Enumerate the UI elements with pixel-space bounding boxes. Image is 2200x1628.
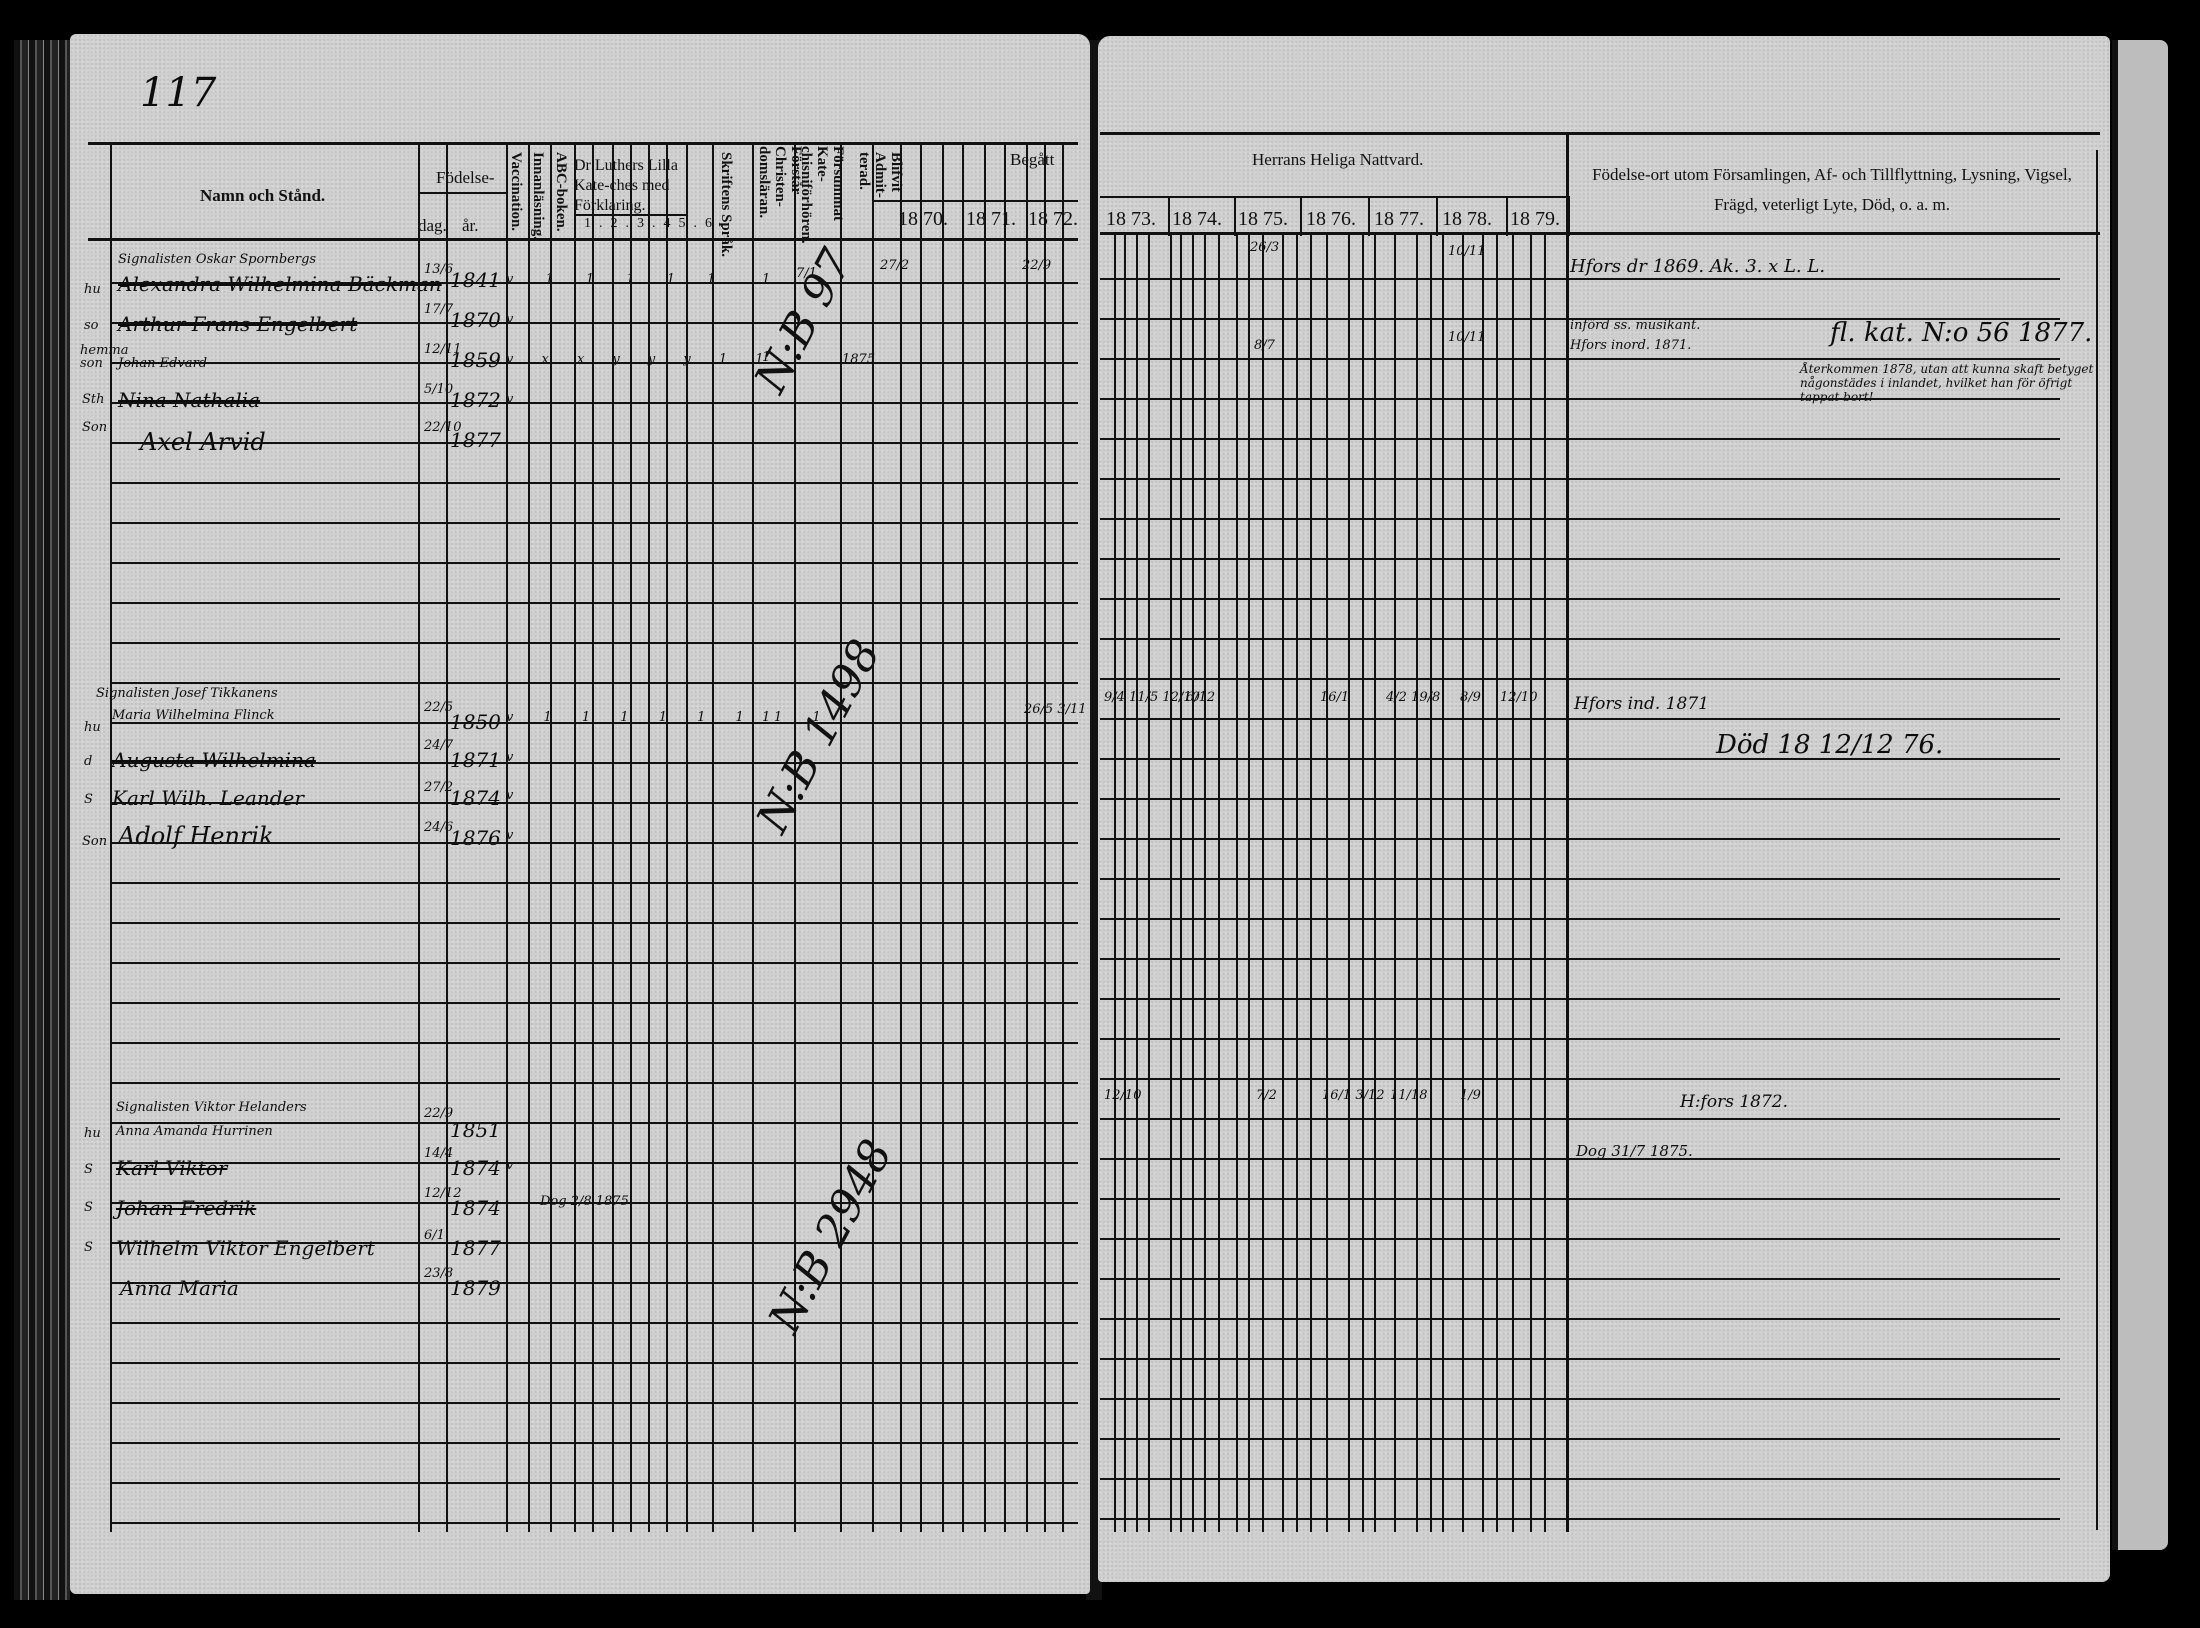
remark-f1-1: Hfors dr 1869. Ak. 3. x L. L. <box>1570 256 1825 277</box>
rule-line <box>1326 232 1328 1532</box>
rule-line <box>550 142 552 1532</box>
remark-f1-4: fl. kat. N:o 56 1877. <box>1830 318 2092 348</box>
rule-line <box>446 142 448 1532</box>
part-2: 2. <box>611 216 638 231</box>
f1-1875: 26/3 <box>1250 240 1279 255</box>
remark-f1-2: införd ss. musikant. <box>1570 318 1700 333</box>
header-birth-day: dag. <box>418 216 447 236</box>
rule-line <box>1100 1278 2060 1280</box>
f1m1-day: 13/6 <box>424 262 453 277</box>
f1m4-year: 1872 <box>450 388 501 412</box>
rule-line <box>110 402 1078 404</box>
header-communion: Herrans Heliga Nattvard. <box>1252 150 1423 170</box>
f1m3-marks: v x x y y y 1 1 <box>506 352 776 367</box>
rule-line <box>1100 1438 2060 1440</box>
f2m3-year: 1874 <box>450 786 501 810</box>
rule-line <box>1530 232 1532 1532</box>
header-birth: Födelse- <box>436 168 495 188</box>
f2m4-day: 24/6 <box>424 820 453 835</box>
rule-line <box>1044 142 1046 1532</box>
f1-struck-note: 1875 <box>842 352 875 367</box>
book-binding <box>14 40 70 1600</box>
rule-line <box>1100 196 1570 198</box>
rule-line <box>1192 232 1194 1532</box>
remark-f2-2: Död 18 12/12 76. <box>1716 730 1943 760</box>
rule-line <box>900 142 902 1532</box>
rule-line <box>1436 196 1438 236</box>
f2m3-day: 27/2 <box>424 780 453 795</box>
page-number: 117 <box>140 70 216 116</box>
part-5: 5. <box>679 216 706 231</box>
rule-line <box>1100 1238 2060 1240</box>
rule-line <box>942 142 944 1532</box>
f1-1875-b: 8/7 <box>1254 338 1275 353</box>
rule-line <box>1026 142 1028 1532</box>
remark-f1-3: Hfors inord. 1871. <box>1570 338 1691 353</box>
family2-head: Signalisten Josef Tikkanens <box>96 686 278 701</box>
rule-line <box>574 142 576 1532</box>
rule-line <box>962 142 964 1532</box>
rule-line <box>1100 878 2060 880</box>
rule-line <box>1218 232 1220 1532</box>
rule-line <box>1100 358 2060 360</box>
rule-line <box>110 882 1078 884</box>
rule-line <box>1442 232 1444 1532</box>
f2m2-year: 1871 <box>450 748 501 772</box>
rule-line <box>110 282 1078 284</box>
rule-line <box>1100 1398 2060 1400</box>
f3-1875: 7/2 <box>1256 1088 1277 1103</box>
rule-line <box>1482 232 1484 1532</box>
rule-line <box>110 482 1078 484</box>
rule-line <box>1100 232 2100 235</box>
margin-mark: hu <box>84 282 101 297</box>
rule-line <box>1100 1518 2060 1520</box>
rule-line <box>1100 1078 2060 1080</box>
rule-line <box>1100 478 2060 480</box>
rule-line <box>920 142 922 1532</box>
rule-line <box>1204 232 1206 1532</box>
margin-mark: S <box>84 1240 93 1255</box>
remark-f2-1: Hfors ind. 1871 <box>1574 694 1709 714</box>
rule-line <box>712 142 714 1532</box>
rule-line <box>110 722 1078 724</box>
rule-line <box>1394 232 1396 1532</box>
header-admitterad: Blifvit Admit-terad. <box>856 152 904 222</box>
family2-member2: Augusta Wilhelmina <box>112 748 316 772</box>
f3m2-year: 1874 <box>450 1156 501 1180</box>
rule-line <box>1168 196 1170 236</box>
rule-line <box>1496 232 1498 1532</box>
rule-line <box>872 200 1078 202</box>
f3m1-day: 22/9 <box>424 1106 453 1121</box>
rule-line <box>1100 678 2060 680</box>
rule-line <box>1100 1478 2060 1480</box>
header-year-1875: 18 75. <box>1238 208 1288 231</box>
f1-1878: 10/11 <box>1448 244 1485 259</box>
rule-line <box>110 682 1078 684</box>
rule-line <box>1100 1038 2060 1040</box>
rule-line <box>110 142 112 1532</box>
rule-line <box>1100 278 2060 280</box>
rule-line <box>1234 196 1236 236</box>
page-edge-stack <box>2112 40 2168 1550</box>
rule-line <box>984 142 986 1532</box>
rule-line <box>1100 1358 2060 1360</box>
family3-head: Signalisten Viktor Helanders <box>116 1100 307 1115</box>
rule-line <box>574 214 686 216</box>
rule-line <box>752 142 754 1532</box>
rule-line <box>840 142 842 1532</box>
header-year-1870: 18 70. <box>898 208 948 231</box>
header-forsummat: Försummat Kate-chisniförhören. <box>798 146 846 246</box>
rule-line <box>110 1042 1078 1044</box>
margin-mark: Sth <box>82 392 105 407</box>
header-year-1876: 18 76. <box>1306 208 1356 231</box>
header-year-1878: 18 78. <box>1442 208 1492 231</box>
family3-member5: Anna Maria <box>120 1276 239 1300</box>
rule-line <box>110 522 1078 524</box>
rule-line <box>1100 1158 2060 1160</box>
rule-line <box>1100 1318 2060 1320</box>
header-innanlasning: Innanläsning. <box>530 152 546 240</box>
rule-line <box>1416 232 1418 1532</box>
f3m5-year: 1879 <box>450 1276 501 1300</box>
rule-line <box>1236 232 1238 1532</box>
rule-line <box>1100 638 2060 640</box>
rule-line <box>1512 232 1514 1532</box>
rule-line <box>110 1122 1078 1124</box>
remark-f3-1: H:fors 1872. <box>1680 1092 1788 1112</box>
f3m2-day: 14/4 <box>424 1146 453 1161</box>
rule-line <box>1100 998 2060 1000</box>
rule-line <box>110 1282 1078 1284</box>
rule-line <box>1430 232 1432 1532</box>
rule-line <box>1100 318 2060 320</box>
rule-line <box>1100 758 2060 760</box>
rule-line <box>794 142 796 1532</box>
f1m1-forstar: 1 <box>762 272 770 287</box>
rule-line <box>110 1202 1078 1204</box>
header-year-1879: 18 79. <box>1510 208 1560 231</box>
rule-line <box>110 922 1078 924</box>
rule-line <box>1100 518 2060 520</box>
rule-line <box>1114 232 1116 1532</box>
header-remarks: Födelse-ort utom Församlingen, Af- och T… <box>1572 160 2092 220</box>
rule-line <box>1180 232 1182 1532</box>
rule-line <box>1170 232 1172 1532</box>
header-year-1872: 18 72. <box>1028 208 1078 231</box>
rule-line <box>1100 718 2060 720</box>
rule-line <box>110 1362 1078 1364</box>
f1m2-year: 1870 <box>450 308 501 332</box>
f1-1870: 27/2 <box>880 258 909 273</box>
rule-line <box>110 1482 1078 1484</box>
rule-line <box>1100 558 2060 560</box>
header-forstar: Förstår Christen-domsläran. <box>756 146 804 246</box>
rule-line <box>1100 398 2060 400</box>
rule-line <box>2096 150 2098 1530</box>
rule-line <box>110 1322 1078 1324</box>
rule-line <box>1124 232 1126 1532</box>
rule-line <box>1248 232 1250 1532</box>
f3m4-year: 1877 <box>450 1236 501 1260</box>
rule-line <box>1544 232 1546 1532</box>
rule-line <box>418 192 506 194</box>
margin-mark: hu <box>84 720 101 735</box>
family2-member1: Maria Wilhelmina Flinck <box>112 708 275 723</box>
family3-member3: Johan Fredrik <box>116 1196 256 1220</box>
header-luther-parts: 1.2.3.45.6. <box>584 216 732 232</box>
rule-line <box>1362 232 1364 1532</box>
rule-line <box>110 1402 1078 1404</box>
rule-line <box>592 142 594 1532</box>
rule-line <box>1296 232 1298 1532</box>
rule-line <box>1100 1118 2060 1120</box>
rule-line <box>630 142 632 1532</box>
family1-head: Signalisten Oskar Spornbergs <box>118 252 316 267</box>
rule-line <box>1100 132 2100 135</box>
rule-line <box>110 562 1078 564</box>
family1-member2: Arthur Frans Engelbert <box>118 312 357 336</box>
rule-line <box>1100 598 2060 600</box>
margin-mark: Son <box>82 834 107 849</box>
f1m1-year: 1841 <box>450 268 501 292</box>
rule-line <box>110 1522 1078 1524</box>
family1-member4: Nina Nathalia <box>118 388 260 412</box>
rule-line <box>1300 196 1302 236</box>
header-year-1877: 18 77. <box>1374 208 1424 231</box>
f2-1874: 6/12 <box>1186 690 1215 705</box>
rule-line <box>110 1242 1078 1244</box>
f2m1-day: 22/5 <box>424 700 453 715</box>
rule-line <box>110 362 1078 364</box>
margin-mark: hemma son <box>80 344 110 370</box>
f2m2-day: 24/7 <box>424 738 453 753</box>
rule-line <box>648 142 650 1532</box>
family3-member2: Karl Viktor <box>116 1156 227 1180</box>
rule-line <box>1100 798 2060 800</box>
f3m3-year: 1874 <box>450 1196 501 1220</box>
rule-line <box>110 842 1078 844</box>
header-begatt: Begått <box>1010 150 1054 170</box>
rule-line <box>1100 1198 2060 1200</box>
rule-line <box>528 142 530 1532</box>
rule-line <box>1100 438 2060 440</box>
family3-member1: Anna Amanda Hurrinen <box>116 1124 273 1139</box>
rule-line <box>110 642 1078 644</box>
rule-line <box>1100 958 2060 960</box>
f1-1878-b: 10/11 <box>1448 330 1485 345</box>
rule-line <box>872 142 874 1532</box>
header-abc: ABC-boken. <box>553 152 569 232</box>
header-birth-year: år. <box>462 216 479 236</box>
rule-line <box>506 142 508 1532</box>
f3m5-day: 23/8 <box>424 1266 453 1281</box>
rule-line <box>1100 838 2060 840</box>
family1-member1: Alexandra Wilhelmina Bäckman <box>118 272 442 296</box>
rule-line <box>88 238 1078 241</box>
rule-line <box>1136 232 1138 1532</box>
rule-line <box>418 142 420 1532</box>
rule-line <box>1374 232 1376 1532</box>
rule-line <box>666 142 668 1532</box>
rule-line <box>110 962 1078 964</box>
rule-line <box>1100 918 2060 920</box>
f2m4-year: 1876 <box>450 826 501 850</box>
rule-line <box>110 602 1078 604</box>
f3m4-day: 6/1 <box>424 1228 445 1243</box>
rule-line <box>110 1002 1078 1004</box>
part-3: 3. <box>637 216 664 231</box>
header-vaccination: Vaccination. <box>508 152 524 231</box>
f2-1872: 26/5 3/11 <box>1024 702 1087 717</box>
rule-line <box>1148 232 1150 1532</box>
rule-line <box>1310 232 1312 1532</box>
rule-line <box>1348 232 1350 1532</box>
margin-mark: S <box>84 1162 93 1177</box>
rule-line <box>110 322 1078 324</box>
rule-line <box>1282 232 1284 1532</box>
rule-line <box>1262 232 1264 1532</box>
rule-line <box>110 1162 1078 1164</box>
rule-line <box>1062 142 1064 1532</box>
header-year-1874: 18 74. <box>1172 208 1222 231</box>
rule-line <box>612 142 614 1532</box>
rule-line <box>1566 132 1569 1532</box>
f1m4-day: 5/10 <box>424 382 453 397</box>
f1m3-year: 1859 <box>450 348 501 372</box>
rule-line <box>1462 232 1464 1532</box>
rule-line <box>686 142 688 1532</box>
family2-member4: Adolf Henrik <box>118 822 274 850</box>
margin-mark: so <box>84 318 99 333</box>
rule-line <box>110 1442 1078 1444</box>
header-year-1873: 18 73. <box>1106 208 1156 231</box>
rule-line <box>110 442 1078 444</box>
margin-mark: S <box>84 1200 93 1215</box>
margin-mark: hu <box>84 1126 101 1141</box>
f2-1876: 16/1 <box>1320 690 1349 705</box>
f1m5-year: 1877 <box>450 428 501 452</box>
rule-line <box>1368 196 1370 236</box>
family3-member4: Wilhelm Viktor Engelbert <box>116 1236 375 1260</box>
part-1: 1. <box>584 216 611 231</box>
left-page <box>70 34 1090 1594</box>
header-skrift: Skriftens Språk. <box>718 152 734 257</box>
margin-mark: Son <box>82 420 107 435</box>
family2-member3: Karl Wilh. Leander <box>112 786 304 810</box>
rule-line <box>1004 142 1006 1532</box>
margin-mark: d <box>84 754 92 769</box>
rule-line <box>1506 196 1508 236</box>
f1m1-marks: v 1 1 1 1 1 <box>506 272 729 287</box>
rule-line <box>110 762 1078 764</box>
rule-line <box>110 802 1078 804</box>
margin-mark: S <box>84 792 93 807</box>
header-year-1871: 18 71. <box>966 208 1016 231</box>
f1m2-day: 17/7 <box>424 302 453 317</box>
rule-line <box>88 142 1078 145</box>
header-name: Namn och Stånd. <box>200 186 325 206</box>
rule-line <box>110 1082 1078 1084</box>
